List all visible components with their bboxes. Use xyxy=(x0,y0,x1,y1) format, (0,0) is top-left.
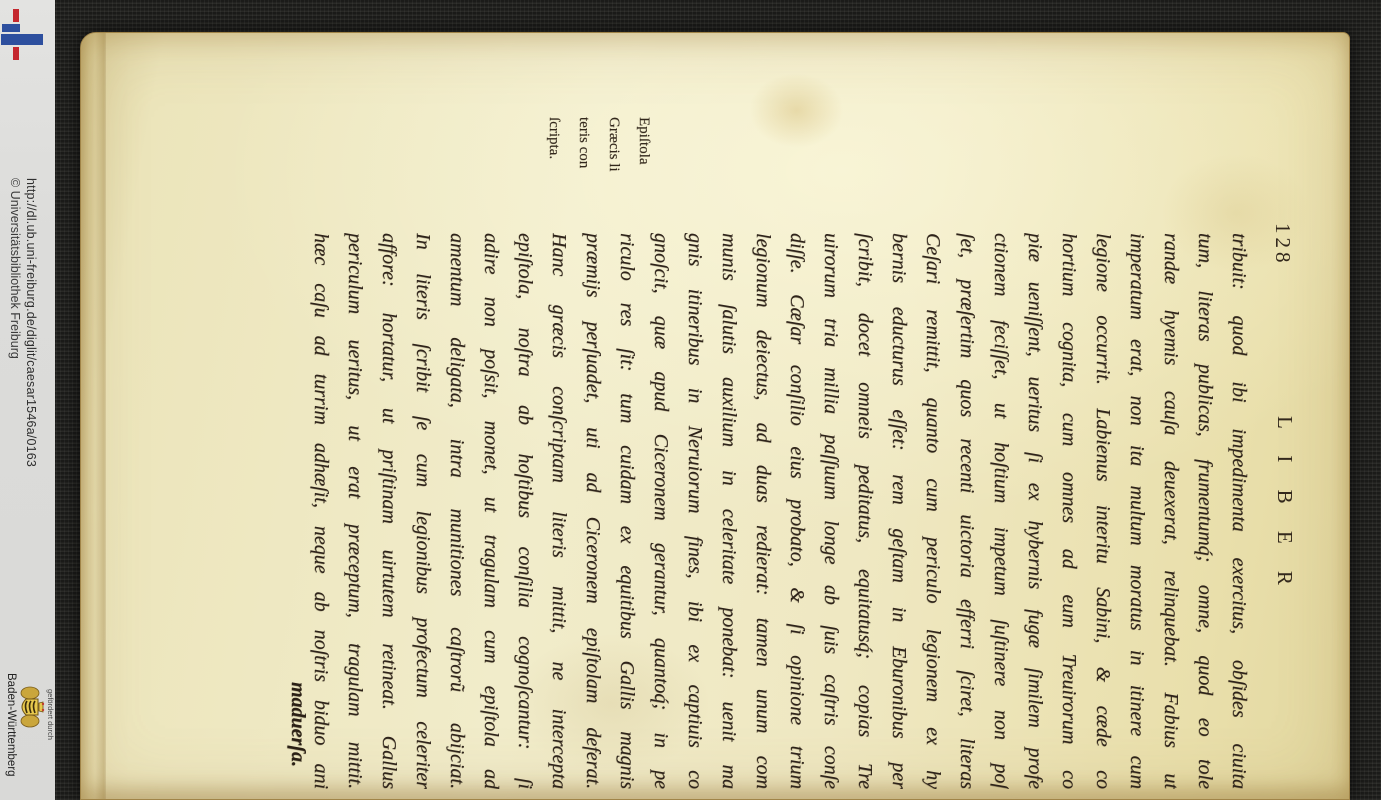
funding-block: gefördert durch Baden-Württemberg xyxy=(1,673,55,797)
logo-red-bar-bottom xyxy=(13,47,19,60)
text-line: hortium cognita, cum omnes ad eum Treuir… xyxy=(1052,233,1086,789)
scan-background: { "colors": { "background_fabric": "#212… xyxy=(0,0,1381,800)
watermark-copyright: © Universitätsbibliothek Freiburg xyxy=(7,178,23,530)
text-line: munis ſalutis auxilium in celeritate pon… xyxy=(712,233,746,789)
text-line: imperatum erat, non ita multum moratus i… xyxy=(1120,233,1154,789)
text-line: tribuit: quod ibi impedimenta exercitus,… xyxy=(1222,233,1256,789)
text-line: piæ ueniſſent, ueritus ſi ex hybernis fu… xyxy=(1018,233,1052,789)
text-line: In literis ſcribit ſe cum legionibus pro… xyxy=(406,233,440,789)
text-line: hæc caſu ad turrim adhæſit, neque ab noſ… xyxy=(304,233,338,789)
text-block: tribuit: quod ibi impedimenta exercitus,… xyxy=(304,233,1256,789)
text-line: epiſtola, noſtra ab hoſtibus conſilia co… xyxy=(508,233,542,789)
text-line: riculo res ſit: tum cuidam ex equitibus … xyxy=(610,233,644,789)
region-label: Baden-Württemberg xyxy=(4,673,17,797)
running-title: L I B E R xyxy=(1272,223,1297,789)
text-line: præmijs perſuadet, uti ad Ciceronem epiſ… xyxy=(576,233,610,789)
text-line: amentum deligata, intra munitiones caſtr… xyxy=(440,233,474,789)
watermark-text: http://dl.ub.uni-freiburg.de/diglit/caes… xyxy=(7,178,38,530)
text-line: ſet, præſertim quos recenti uictoria eff… xyxy=(950,233,984,789)
baden-wuerttemberg-crest-icon xyxy=(18,685,46,729)
watermark-url: http://dl.ub.uni-freiburg.de/diglit/caes… xyxy=(23,178,38,530)
funding-label: gefördert durch xyxy=(46,673,55,797)
margin-note: EpiſtolaGræcis literis conſcripta. xyxy=(539,117,659,229)
logo-blue-bar-small xyxy=(2,24,20,32)
logo-blue-bar-large xyxy=(1,34,43,45)
text-line: gnoſcit, quæ apud Ciceronem gerantur, qu… xyxy=(644,233,678,789)
text-line: periculum ueritus, ut erat præceptum, tr… xyxy=(338,233,372,789)
text-line: ſcribit, docet omneis peditatus, equitat… xyxy=(848,233,882,789)
ub-freiburg-logo-icon xyxy=(0,8,55,60)
page-header: 128 L I B E R xyxy=(1259,223,1301,789)
book-page: 128 L I B E R tribuit: quod ibi impedime… xyxy=(80,32,1350,800)
text-line: bernis educturus eſſet: rem geſtam in Eb… xyxy=(882,233,916,789)
text-line: Ceſari remittit, quanto cum periculo leg… xyxy=(916,233,950,789)
text-line: ctionem feciſſet, ut hoſtium impetum ſuſ… xyxy=(984,233,1018,789)
text-line: adire non poſsit, monet, ut tragulam cum… xyxy=(474,233,508,789)
logo-red-bar-top xyxy=(13,9,19,22)
text-line: affore: hortatur, ut priſtinam uirtutem … xyxy=(372,233,406,789)
text-line: randæ hyemis cauſa deuexerat, relinqueba… xyxy=(1154,233,1188,789)
page-content-rotated: 128 L I B E R tribuit: quod ibi impedime… xyxy=(81,33,1351,800)
text-line: diſſe. Cæſar conſilio eius probato, & ſi… xyxy=(780,233,814,789)
text-line: uirorum tria millia paſſuum longe ab ſui… xyxy=(814,233,848,789)
margin-note-line: ſcripta. xyxy=(539,117,569,229)
text-line: Hanc græcis conſcriptam literis mittit, … xyxy=(542,233,576,789)
text-line: gnis itineribus in Neruiorum fines, ibi … xyxy=(678,233,712,789)
text-line: legione occurrit. Labienus interitu Sabi… xyxy=(1086,233,1120,789)
catchword: maduerſa. xyxy=(286,233,309,767)
text-line: legionum deiectus, ad duas redierat: tam… xyxy=(746,233,780,789)
watermark-strip: http://dl.ub.uni-freiburg.de/diglit/caes… xyxy=(0,0,55,800)
margin-note-line: teris con xyxy=(569,117,599,229)
margin-note-line: Epiſtola xyxy=(629,117,659,229)
text-line: tum, literas publicas, frumentumq́; omne… xyxy=(1188,233,1222,789)
margin-note-line: Græcis li xyxy=(599,117,629,229)
